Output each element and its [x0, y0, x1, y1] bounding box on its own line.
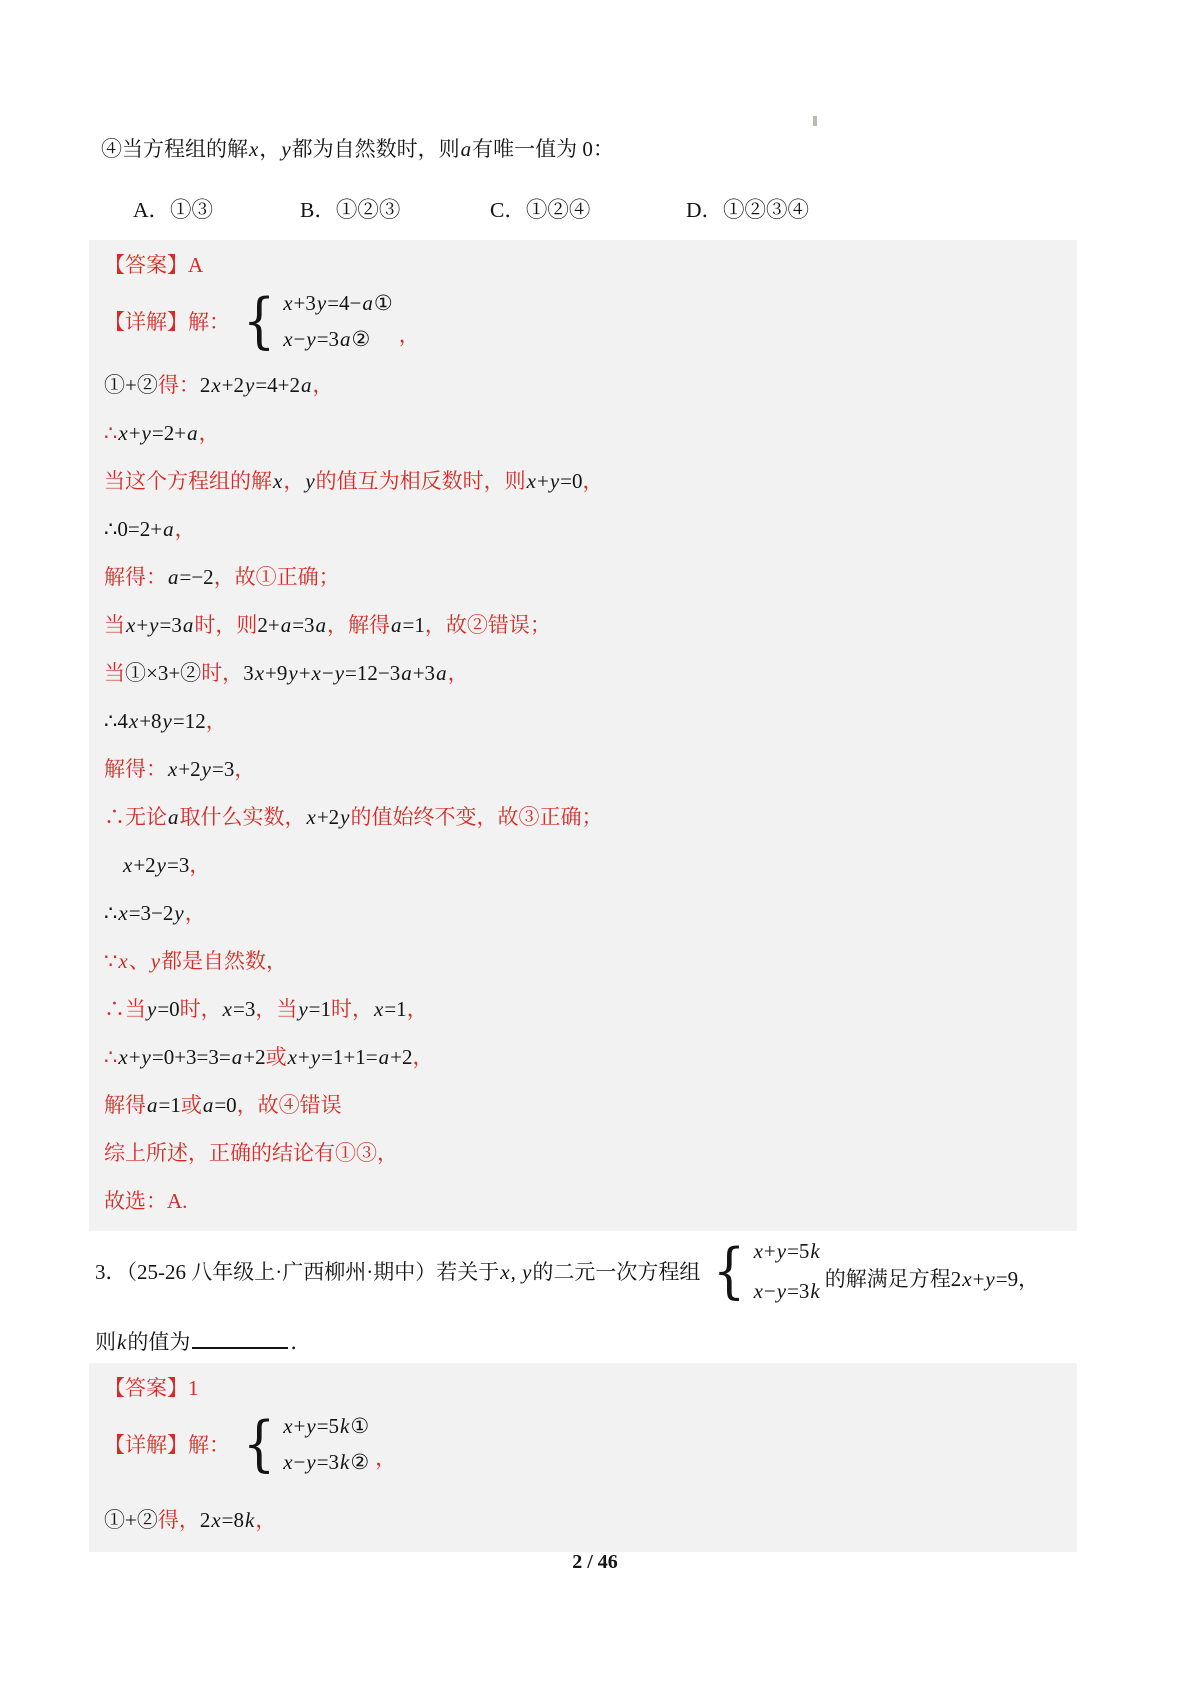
system-brace: { — [243, 286, 275, 356]
text-segment: 当 — [104, 613, 125, 637]
text-segment: x=1 — [373, 997, 407, 1021]
text-segment: ， — [313, 373, 334, 397]
text-segment: ， — [283, 469, 304, 493]
text-segment: ． — [290, 1330, 311, 1354]
text-segment: 当 — [276, 997, 297, 1021]
equation-system: 【详解】解：{x+y=5k①x−y=3k②， — [104, 1408, 1067, 1480]
option-B: B．①②③ — [300, 196, 490, 224]
text-segment: 2+a=3a — [257, 613, 327, 637]
text-segment: 2x+y=9 — [951, 1267, 1018, 1291]
text-segment: y — [150, 949, 161, 973]
text-segment: ①+② — [104, 1508, 158, 1532]
solution-lines: ①+②得：2x+2y=4+2a，∴x+y=2+a，当这个方程组的解x，y的值互为… — [104, 373, 1067, 1213]
text-segment: , — [511, 1260, 522, 1284]
text-segment: x=3−2y — [117, 901, 184, 925]
text-segment: ∴无论 — [104, 805, 167, 829]
page-number: 2 / 46 — [0, 1551, 1190, 1574]
text-segment: ， — [583, 469, 604, 493]
text-segment: ∴4x+8y=12 — [104, 709, 206, 733]
text-segment: 【详解】 — [104, 310, 188, 334]
equation-system: 【详解】解：{x+3y=4−a①x−y=3a②， — [104, 285, 1067, 357]
system-prefix: 3．（25-26 八年级上·广西柳州·期中）若关于x, y的二元一次方程组 — [95, 1256, 700, 1286]
text-segment: 时，则 — [194, 613, 257, 637]
text-segment: ∵ — [104, 949, 117, 973]
text-segment: ∴当 — [104, 997, 146, 1021]
text-segment: 得， — [158, 1508, 200, 1532]
text-segment: 3．（25-26 八年级上·广西柳州·期中）若关于 — [95, 1260, 499, 1284]
text-segment: ∴ — [104, 1045, 117, 1069]
text-segment: 都为自然数时，则 — [292, 137, 460, 161]
text-segment: y — [280, 137, 291, 161]
text-segment: 2x+2y=4+2a — [200, 373, 313, 397]
text-segment: ， — [375, 1446, 396, 1470]
text-segment: k — [116, 1330, 127, 1354]
text-segment: 1 — [188, 1376, 199, 1400]
text-segment: x+2y=3 — [122, 853, 189, 877]
text-segment: x=3 — [222, 997, 256, 1021]
solution-line: ∴无论a取什么实数，x+2y的值始终不变，故③正确； — [104, 805, 1067, 829]
system-prefix: 【详解】解： — [104, 1429, 230, 1459]
text-segment: 时， — [180, 997, 222, 1021]
text-segment: ④当方程组的解 — [101, 137, 248, 161]
text-segment: 的值始终不变，故③正确； — [351, 805, 603, 829]
text-segment: ， — [255, 997, 276, 1021]
text-segment: ， — [199, 421, 220, 445]
text-segment: ， — [175, 517, 196, 541]
scan-artifact — [813, 116, 817, 126]
solution-line: 当x+y=3a时，则2+a=3a，解得a=1，故②错误； — [104, 613, 1067, 637]
text-segment: ， — [407, 997, 428, 1021]
text-segment: x — [248, 137, 259, 161]
solution-line: ∴x=3−2y， — [104, 901, 1067, 925]
text-segment: ①+② — [104, 373, 158, 397]
text-segment: 解： — [188, 310, 230, 334]
text-segment: y — [521, 1260, 532, 1284]
text-segment: ，故②错误； — [425, 613, 551, 637]
text-segment: 2x=8k — [200, 1508, 256, 1532]
text-segment: ①×3+② — [125, 661, 201, 685]
solution-line: ∴0=2+a， — [104, 517, 1067, 541]
text-segment: ， — [399, 323, 420, 347]
equation: x−y=3k — [753, 1271, 821, 1311]
option-C: C．①②④ — [490, 196, 686, 224]
text-segment: 解： — [188, 1433, 230, 1457]
text-segment: a=0 — [202, 1093, 237, 1117]
text-segment: y — [304, 469, 315, 493]
text-segment: ， — [1018, 1267, 1039, 1291]
text-segment: 【答案】 — [104, 1376, 188, 1400]
solution-line: ①+②得，2x=8k， — [104, 1508, 1067, 1532]
blank-underline — [192, 1343, 288, 1349]
text-segment: 3x+9y+x−y=12−3a+3a — [243, 661, 447, 685]
text-segment: 当这个方程组的解 — [104, 469, 272, 493]
answer-line-group: 【答案】A — [104, 253, 1067, 277]
text-segment: 当 — [104, 661, 125, 685]
equation: x−y=3a② — [282, 321, 393, 357]
text-segment: 有唯一值为 0： — [472, 137, 614, 161]
text-segment: x+y=0+3=3=a+2 — [117, 1045, 265, 1069]
solution-line: 解得：x+2y=3， — [104, 757, 1067, 781]
text-segment: x+y=1+1=a+2 — [287, 1045, 413, 1069]
text-segment: a — [167, 805, 180, 829]
answer-line-group: 【答案】1 — [104, 1376, 1067, 1400]
solution-line: 解得a=1或a=0，故④错误 — [104, 1093, 1067, 1117]
system-suffix: ， — [399, 319, 420, 349]
text-segment: 的解满足方程 — [825, 1267, 951, 1291]
question-statement-line: ④当方程组的解x，y都为自然数时，则a有唯一值为 0： — [101, 136, 1077, 162]
solution-line: 【答案】1 — [104, 1376, 1067, 1400]
text-segment: 解得： — [104, 565, 167, 589]
text-segment: ， — [185, 901, 206, 925]
text-segment: y=1 — [297, 997, 331, 1021]
text-segment: ∴ — [104, 901, 117, 925]
solution-line: ∴4x+8y=12， — [104, 709, 1067, 733]
text-segment: 解得 — [104, 1093, 146, 1117]
equation-column: x+y=5kx−y=3k — [753, 1231, 821, 1311]
text-segment: ，解得 — [327, 613, 390, 637]
text-segment: 时， — [331, 997, 373, 1021]
answer-block-2: 【答案】1 【详解】解：{x+y=5k①x−y=3k②， ①+②得，2x=8k， — [89, 1363, 1077, 1552]
option-A: A．①③ — [133, 196, 300, 224]
text-segment: 的值为 — [127, 1330, 190, 1354]
system-brace: { — [713, 1236, 745, 1306]
equation: x+y=5k① — [282, 1408, 369, 1444]
text-segment: 解得： — [104, 757, 167, 781]
text-segment: 或 — [266, 1045, 287, 1069]
text-segment: x — [499, 1260, 510, 1284]
text-segment: ，故①正确； — [214, 565, 340, 589]
text-segment: 【答案】 — [104, 253, 188, 277]
system-brace: { — [243, 1409, 275, 1479]
text-segment: ， — [412, 1045, 433, 1069]
equation: x+y=5k — [753, 1231, 821, 1271]
text-segment: 的值互为相反数时，则 — [316, 469, 526, 493]
solution-line: ∴x+y=0+3=3=a+2或x+y=1+1=a+2， — [104, 1045, 1067, 1069]
solution-line: x+2y=3， — [104, 853, 1067, 877]
solution-line: ∵x、y都是自然数， — [104, 949, 1067, 973]
text-segment: ，故④错误 — [237, 1093, 342, 1117]
text-segment: x+2y=3 — [167, 757, 234, 781]
page-content: ④当方程组的解x，y都为自然数时，则a有唯一值为 0： A．①③B．①②③C．①… — [89, 136, 1077, 1552]
text-segment: 得： — [158, 373, 200, 397]
text-segment: ， — [234, 757, 255, 781]
equation-column: x+y=5k①x−y=3k② — [282, 1408, 369, 1480]
text-segment: x+2y — [306, 805, 351, 829]
text-segment: 或 — [181, 1093, 202, 1117]
text-segment: x+y=0 — [526, 469, 583, 493]
question-3-blank-line: 则k的值为． — [95, 1329, 1077, 1355]
text-segment: ， — [206, 709, 227, 733]
text-segment: y=0 — [146, 997, 180, 1021]
text-segment: 取什么实数， — [180, 805, 306, 829]
text-segment: ∴0=2+a — [104, 517, 175, 541]
solution-line: 当①×3+②时，3x+9y+x−y=12−3a+3a， — [104, 661, 1067, 685]
text-segment: a=−2 — [167, 565, 214, 589]
document-page: ④当方程组的解x，y都为自然数时，则a有唯一值为 0： A．①③B．①②③C．①… — [0, 0, 1190, 1683]
equation: x+3y=4−a① — [282, 285, 393, 321]
solution-line: 故选：A. — [104, 1189, 1067, 1213]
text-segment: 的二元一次方程组 — [532, 1260, 700, 1284]
text-segment: 【详解】 — [104, 1433, 188, 1457]
choice-options-row: A．①③B．①②③C．①②④D．①②③④ — [133, 196, 1077, 224]
system-suffix: ， — [375, 1442, 396, 1472]
text-segment: ∴ — [104, 421, 117, 445]
text-segment: ， — [259, 137, 280, 161]
solution-line: ∴x+y=2+a， — [104, 421, 1067, 445]
solution-line: 综上所述，正确的结论有①③， — [104, 1141, 1067, 1165]
text-segment: a=1 — [146, 1093, 181, 1117]
option-D: D．①②③④ — [686, 196, 809, 224]
text-segment: 、 — [129, 949, 150, 973]
answer-block-1: 【答案】A 【详解】解：{x+3y=4−a①x−y=3a②， ①+②得：2x+2… — [89, 240, 1077, 1231]
system-suffix: 的解满足方程2x+y=9， — [825, 1263, 1039, 1293]
system-prefix: 【详解】解： — [104, 306, 230, 336]
text-segment: ， — [189, 853, 210, 877]
solution-line: 解得：a=−2，故①正确； — [104, 565, 1067, 589]
text-segment: 时， — [201, 661, 243, 685]
solution-lines: ①+②得，2x=8k， — [104, 1508, 1067, 1532]
text-segment: 则 — [95, 1330, 116, 1354]
solution-line: ∴当y=0时，x=3，当y=1时，x=1， — [104, 997, 1067, 1021]
text-segment: ， — [448, 661, 469, 685]
text-segment: x+y=3a — [125, 613, 194, 637]
text-segment: a — [460, 137, 473, 161]
text-segment: x — [272, 469, 283, 493]
solution-line: 【答案】A — [104, 253, 1067, 277]
text-segment: a=1 — [390, 613, 425, 637]
equation-column: x+3y=4−a①x−y=3a② — [282, 285, 393, 357]
text-segment: A — [188, 253, 203, 277]
text-segment: 都是自然数， — [161, 949, 287, 973]
solution-line: 当这个方程组的解x，y的值互为相反数时，则x+y=0， — [104, 469, 1067, 493]
text-segment: x — [117, 949, 128, 973]
text-segment: 故选：A. — [104, 1189, 187, 1213]
text-segment: 综上所述，正确的结论有①③， — [104, 1141, 398, 1165]
text-segment: x+y=2+a — [117, 421, 198, 445]
question-3-statement: 3．（25-26 八年级上·广西柳州·期中）若关于x, y的二元一次方程组{x+… — [95, 1231, 1077, 1311]
text-segment: ， — [255, 1508, 276, 1532]
equation: x−y=3k② — [282, 1444, 369, 1480]
solution-line: ①+②得：2x+2y=4+2a， — [104, 373, 1067, 397]
